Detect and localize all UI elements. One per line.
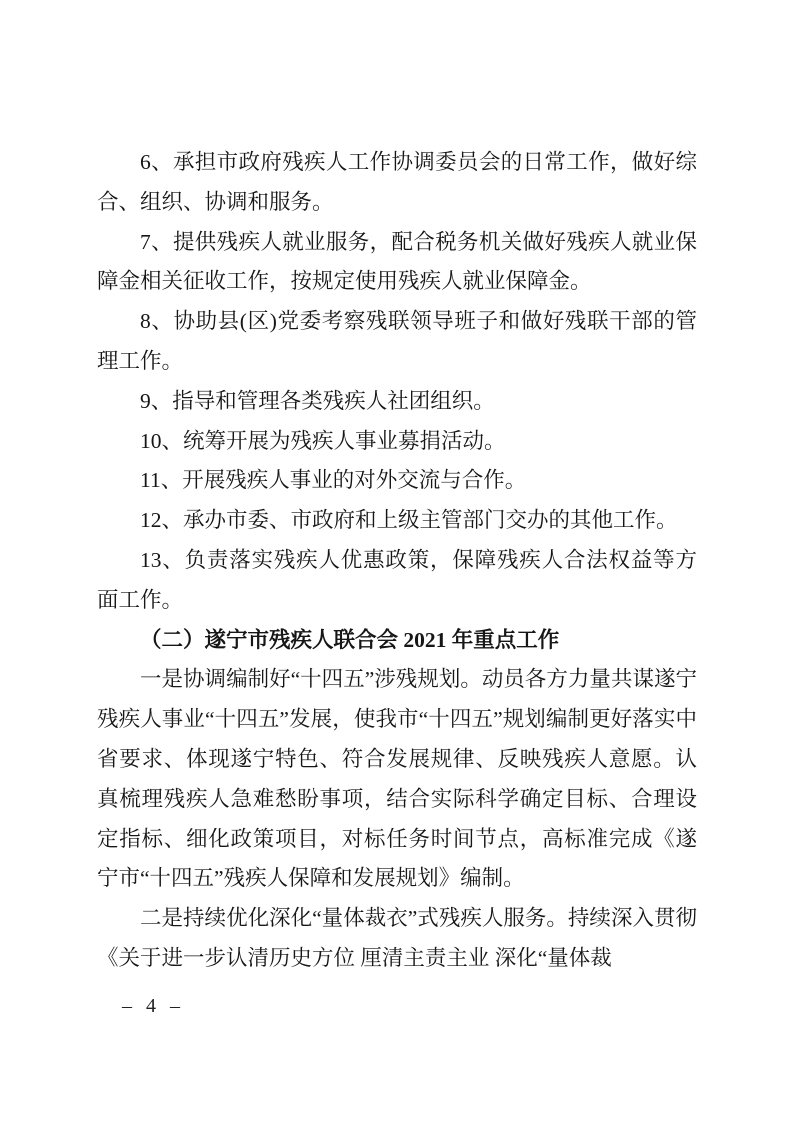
paragraph: 13、负责落实残疾人优惠政策，保障残疾人合法权益等方面工作。 xyxy=(97,541,697,621)
section-heading: （二）遂宁市残疾人联合会 2021 年重点工作 xyxy=(97,621,697,661)
document-body: 6、承担市政府残疾人工作协调委员会的日常工作，做好综合、组织、协调和服务。7、提… xyxy=(97,143,697,979)
paragraph: 二是持续优化深化“量体裁衣”式残疾人服务。持续深入贯彻《关于进一步认清历史方位 … xyxy=(97,899,697,979)
document-page: 6、承担市政府残疾人工作协调委员会的日常工作，做好综合、组织、协调和服务。7、提… xyxy=(0,0,793,1122)
paragraph: 12、承办市委、市政府和上级主管部门交办的其他工作。 xyxy=(97,501,697,541)
page-number: – 4 – xyxy=(122,994,180,1018)
paragraph: 7、提供残疾人就业服务，配合税务机关做好残疾人就业保障金相关征收工作，按规定使用… xyxy=(97,223,697,303)
paragraph: 8、协助县(区)党委考察残联领导班子和做好残联干部的管理工作。 xyxy=(97,302,697,382)
paragraph: 11、开展残疾人事业的对外交流与合作。 xyxy=(97,461,697,501)
paragraph: 9、指导和管理各类残疾人社团组织。 xyxy=(97,382,697,422)
paragraph: 一是协调编制好“十四五”涉残规划。动员各方力量共谋遂宁残疾人事业“十四五”发展，… xyxy=(97,660,697,899)
paragraph: 6、承担市政府残疾人工作协调委员会的日常工作，做好综合、组织、协调和服务。 xyxy=(97,143,697,223)
paragraph: 10、统筹开展为残疾人事业募捐活动。 xyxy=(97,422,697,462)
